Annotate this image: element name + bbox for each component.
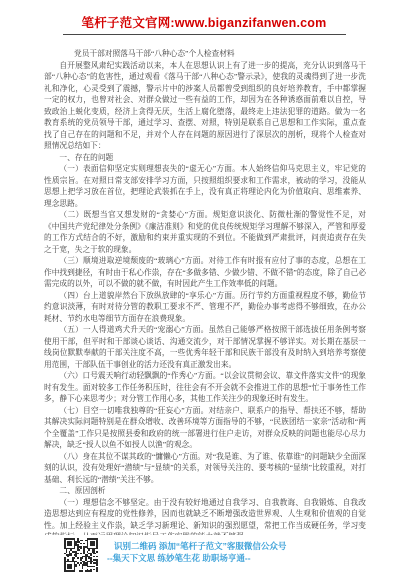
body-paragraph: （六）口号震天响行动轻飘飘的“作秀心”方面。“以会议贯彻会议、靠文件落实文件”的… xyxy=(44,370,366,405)
site-title: 笔杆子范文官网:www.biganzifanwen.com xyxy=(0,13,408,31)
promo-footer: 识别二维码 添加“笔杆子范文”客服微信公众号 --集天下文思 练妙笔生花 助职场… xyxy=(64,538,374,575)
body-paragraph: （八）身在其位不谋其政的“慵懒心”方面。对“我是谁、为了谁、依靠谁”的问题缺少全… xyxy=(44,451,366,486)
body-paragraph: 自开展整风肃纪实践活动以来，本人在思想认识上有了进一步的提高，充分认识到落马干部… xyxy=(44,60,366,152)
body-paragraph: （一）理想信念不够坚定。由于没有较好地通过自我学习、自我教诲、自我锻炼、自我改造… xyxy=(44,497,366,536)
body-paragraph: （二）既想当官又想发财的“贪婪心”方面。规矩意识淡化、防微杜渐的警觉性不足，对《… xyxy=(44,209,366,255)
section-heading: 一、存在的问题 xyxy=(44,152,366,164)
footer-promo-text: 识别二维码 添加“笔杆子范文”客服微信公众号 --集天下文思 练妙笔生花 助职场… xyxy=(107,538,286,564)
site-header: 笔杆子范文官网:www.biganzifanwen.com xyxy=(0,0,408,35)
document-body: 党员干部对照落马干部“八种心态”个人检查材料 自开展整风肃纪实践活动以来，本人在… xyxy=(44,48,366,535)
document-title: 党员干部对照落马干部“八种心态”个人检查材料 xyxy=(44,48,366,60)
header-divider xyxy=(63,34,346,35)
body-paragraph: （四）台上道貌岸然台下放纵放肆的“享乐心”方面。历行节约方面重视程度不够，勤俭节… xyxy=(44,290,366,325)
body-paragraph: （一）表面信仰坚定实则理想丧失的“虚无心”方面。本人始终信仰马克思主义，牢记党的… xyxy=(44,163,366,209)
body-paragraph: （七）目空一切唯我独尊的“狂妄心”方面。对结亲户、联系户的指导、帮扶还不够，帮助… xyxy=(44,405,366,451)
section-heading: 二、原因剖析 xyxy=(44,485,366,497)
body-paragraph: （三）顺境进取逆境颓废的“玻璃心”方面。对待工作有时报有应付了事的态度，总想在工… xyxy=(44,255,366,290)
document-page: 笔杆子范文官网:www.biganzifanwen.com 党员干部对照落马干部… xyxy=(0,0,408,580)
body-paragraph: （五）一人得道鸡犬升天的“宠溺心”方面。虽然自己能够严格按照干部选拔任用条例考察… xyxy=(44,324,366,370)
footer-line1: 识别二维码 添加“笔杆子范文”客服微信公众号 xyxy=(107,541,286,553)
footer-line2: --集天下文思 练妙笔生花 助职场亨通-- xyxy=(107,553,286,565)
qr-code-icon xyxy=(64,538,98,572)
